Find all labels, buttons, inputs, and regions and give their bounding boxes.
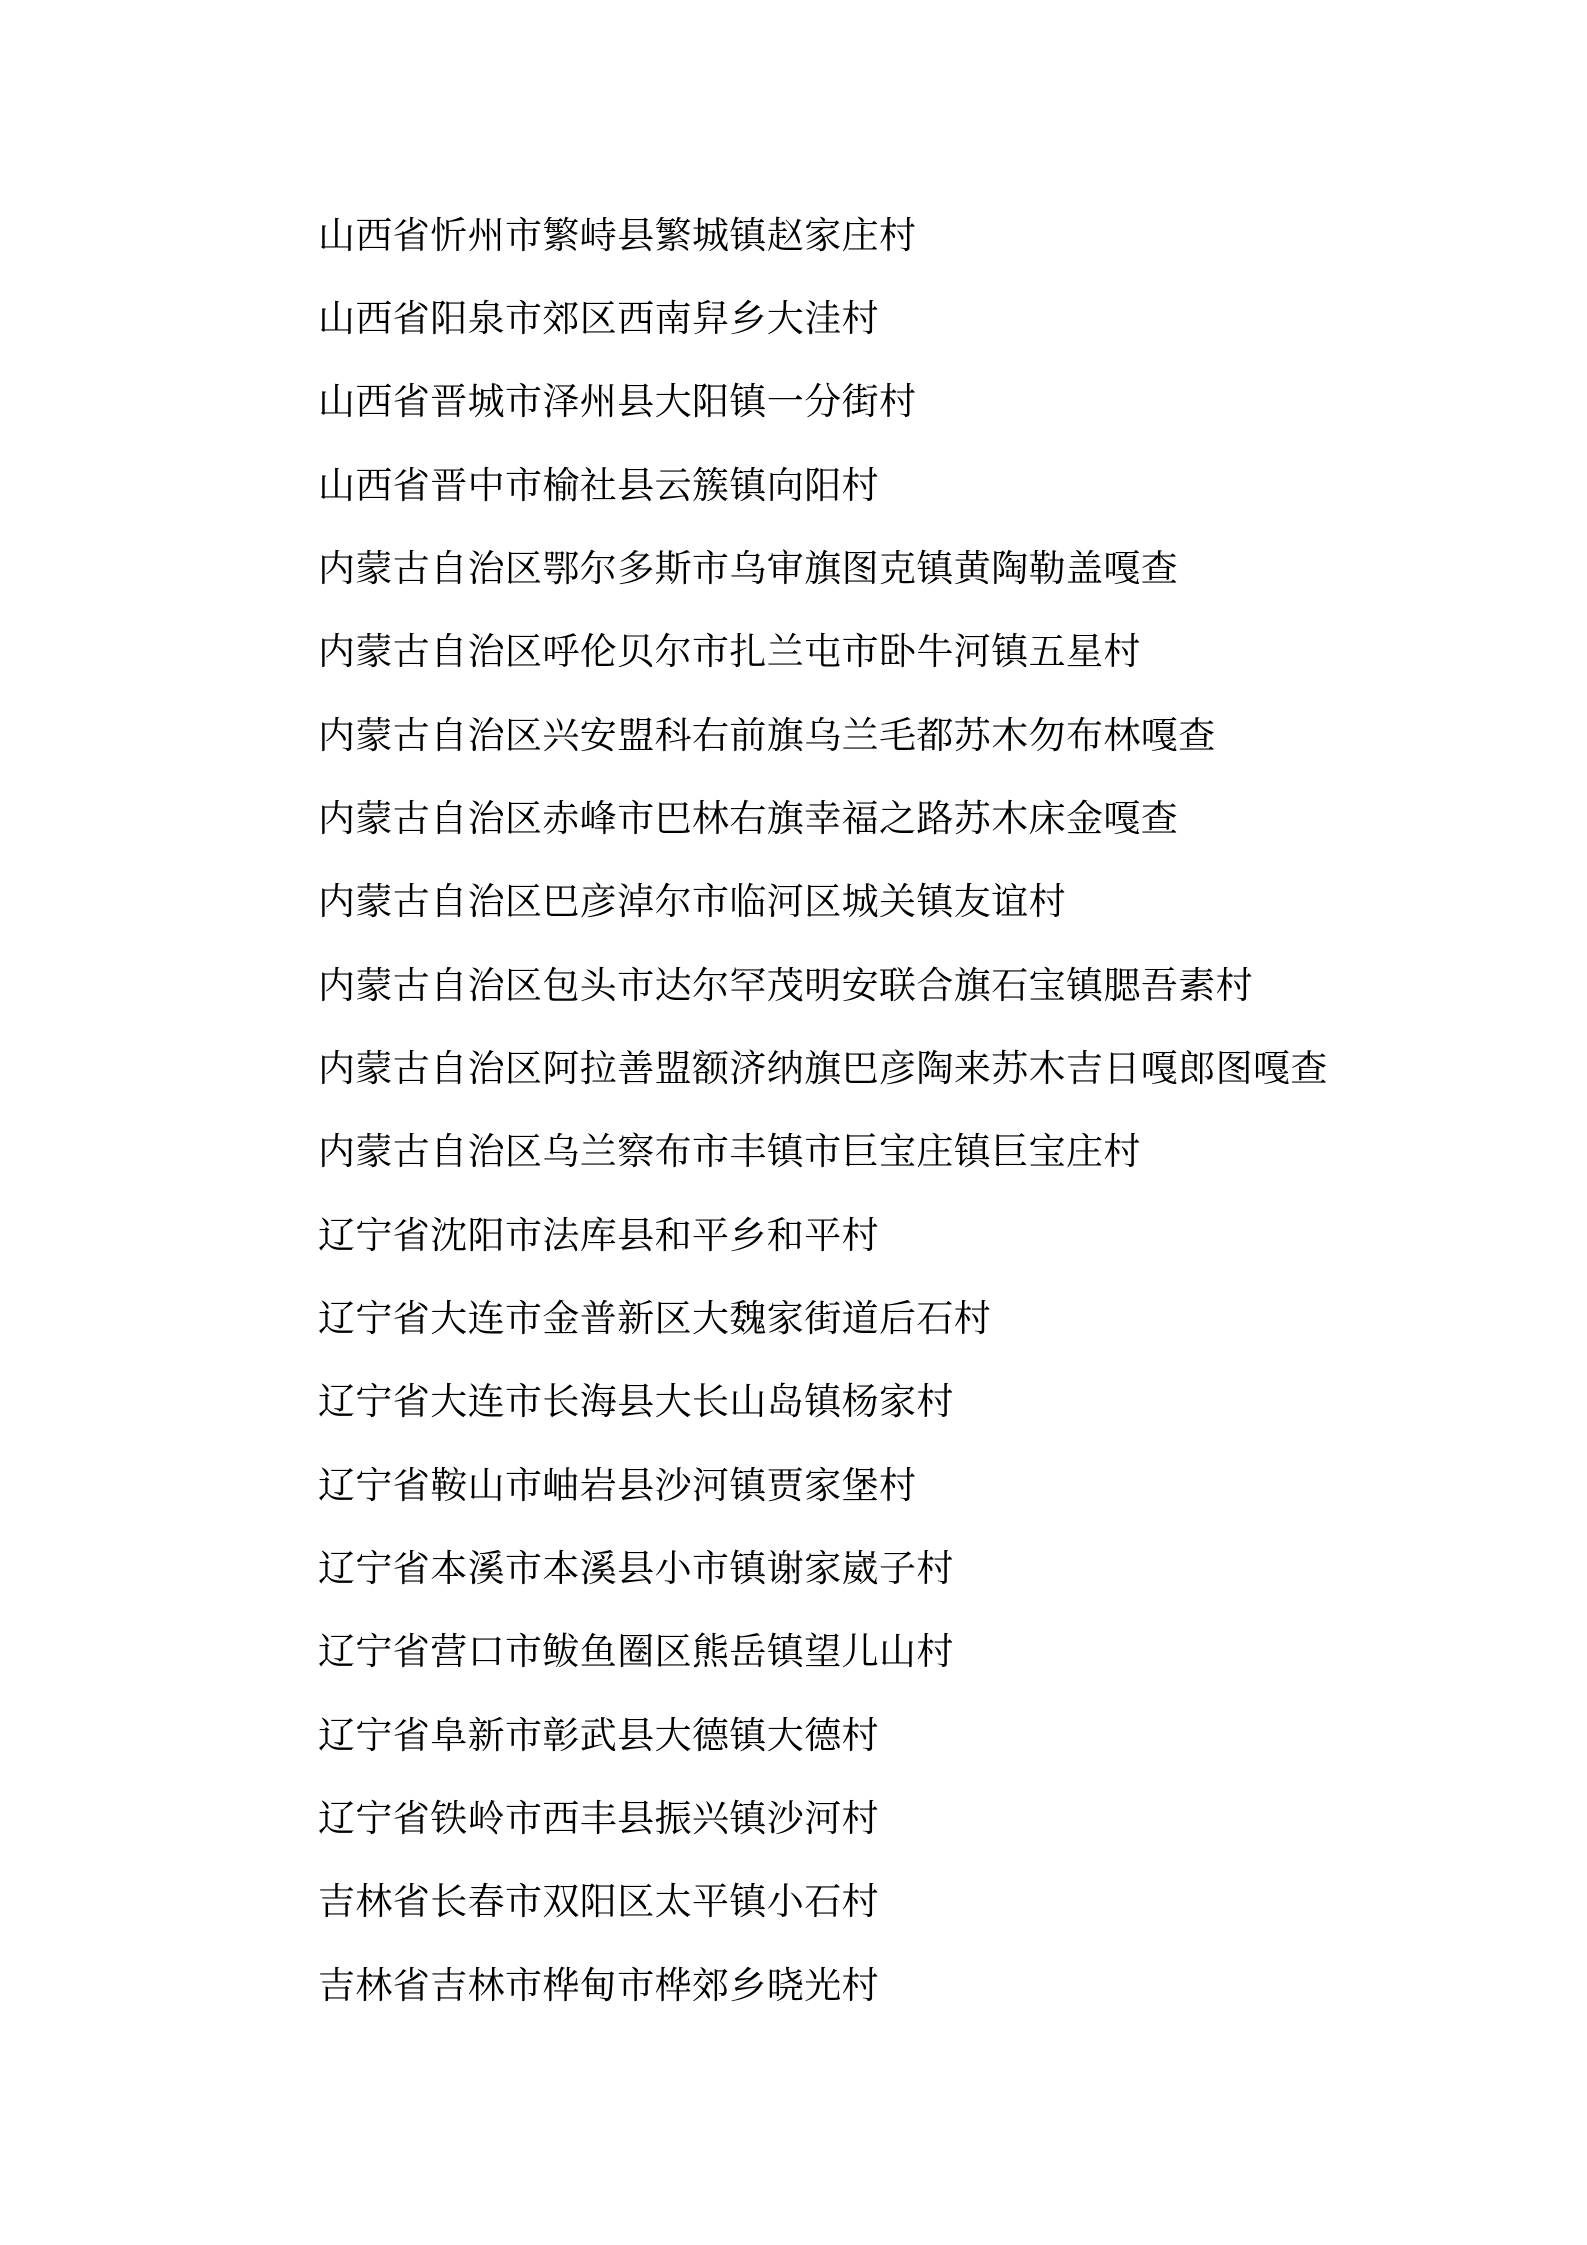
- list-item: 内蒙古自治区兴安盟科右前旗乌兰毛都苏木勿布林嘎查: [318, 690, 1328, 773]
- village-list: 山西省忻州市繁峙县繁城镇赵家庄村山西省阳泉市郊区西南舁乡大洼村山西省晋城市泽州县…: [318, 190, 1328, 2023]
- list-item: 辽宁省阜新市彰武县大德镇大德村: [318, 1690, 1328, 1773]
- list-item: 吉林省长春市双阳区太平镇小石村: [318, 1857, 1328, 1940]
- list-item: 辽宁省大连市金普新区大魏家街道后石村: [318, 1273, 1328, 1356]
- list-item: 内蒙古自治区呼伦贝尔市扎兰屯市卧牛河镇五星村: [318, 607, 1328, 690]
- list-item: 内蒙古自治区赤峰市巴林右旗幸福之路苏木床金嘎查: [318, 773, 1328, 856]
- list-item: 辽宁省鞍山市岫岩县沙河镇贾家堡村: [318, 1440, 1328, 1523]
- list-item: 内蒙古自治区鄂尔多斯市乌审旗图克镇黄陶勒盖嘎查: [318, 523, 1328, 606]
- list-item: 辽宁省沈阳市法库县和平乡和平村: [318, 1190, 1328, 1273]
- list-item: 山西省晋城市泽州县大阳镇一分街村: [318, 357, 1328, 440]
- list-item: 辽宁省铁岭市西丰县振兴镇沙河村: [318, 1773, 1328, 1856]
- list-item: 山西省忻州市繁峙县繁城镇赵家庄村: [318, 190, 1328, 273]
- list-item: 辽宁省营口市鲅鱼圈区熊岳镇望儿山村: [318, 1607, 1328, 1690]
- list-item: 内蒙古自治区包头市达尔罕茂明安联合旗石宝镇腮吾素村: [318, 940, 1328, 1023]
- list-item: 吉林省吉林市桦甸市桦郊乡晓光村: [318, 1940, 1328, 2023]
- list-item: 辽宁省大连市长海县大长山岛镇杨家村: [318, 1357, 1328, 1440]
- list-item: 内蒙古自治区乌兰察布市丰镇市巨宝庄镇巨宝庄村: [318, 1107, 1328, 1190]
- list-item: 山西省晋中市榆社县云簇镇向阳村: [318, 440, 1328, 523]
- list-item: 辽宁省本溪市本溪县小市镇谢家崴子村: [318, 1523, 1328, 1606]
- list-item: 内蒙古自治区阿拉善盟额济纳旗巴彦陶来苏木吉日嘎郎图嘎查: [318, 1023, 1328, 1106]
- list-item: 山西省阳泉市郊区西南舁乡大洼村: [318, 273, 1328, 356]
- list-item: 内蒙古自治区巴彦淖尔市临河区城关镇友谊村: [318, 857, 1328, 940]
- document-page: 山西省忻州市繁峙县繁城镇赵家庄村山西省阳泉市郊区西南舁乡大洼村山西省晋城市泽州县…: [0, 0, 1587, 2245]
